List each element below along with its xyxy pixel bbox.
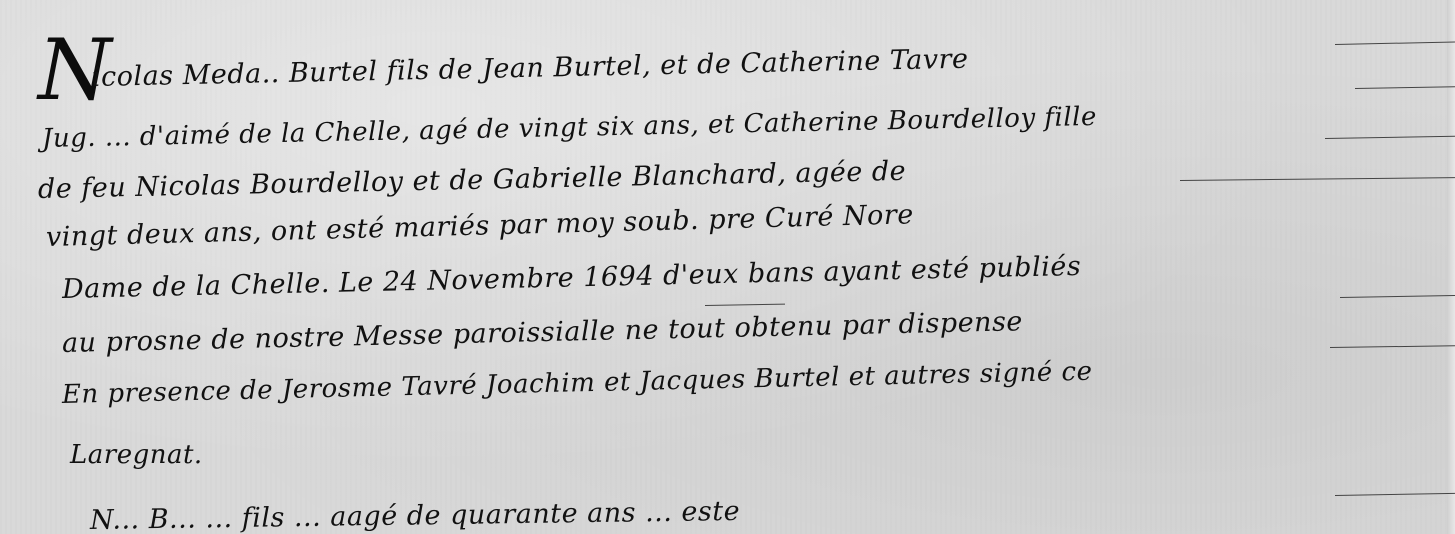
text-line-9-partial: N... B... ... fils ... aagé de quarante …: [90, 496, 741, 534]
text-line-5: Dame de la Chelle. Le 24 Novembre 1694 d…: [62, 251, 1082, 305]
ruled-line: [1330, 345, 1455, 348]
ruled-line: [705, 304, 785, 306]
text-line-4: vingt deux ans, ont esté mariés par moy …: [46, 199, 915, 253]
register-page: N icolas Meda.. Burtel fils de Jean Burt…: [0, 0, 1455, 534]
ruled-line: [1335, 41, 1455, 45]
text-line-2: Jug. ... d'aimé de la Chelle, agé de vin…: [42, 102, 1097, 154]
ruled-line: [1325, 136, 1455, 139]
text-line-8: Laregnat.: [70, 440, 203, 470]
text-line-3: de feu Nicolas Bourdelloy et de Gabriell…: [38, 156, 907, 205]
ruled-line: [1340, 295, 1455, 298]
page-edge: [1447, 0, 1455, 534]
text-line-7: En presence de Jerosme Tavré Joachim et …: [62, 357, 1093, 410]
text-line-6: au prosne de nostre Messe paroissialle n…: [62, 306, 1024, 359]
text-line-1: icolas Meda.. Burtel fils de Jean Burtel…: [92, 44, 969, 93]
ruled-line: [1180, 177, 1455, 181]
ruled-line: [1335, 493, 1455, 496]
ruled-line: [1355, 86, 1455, 89]
